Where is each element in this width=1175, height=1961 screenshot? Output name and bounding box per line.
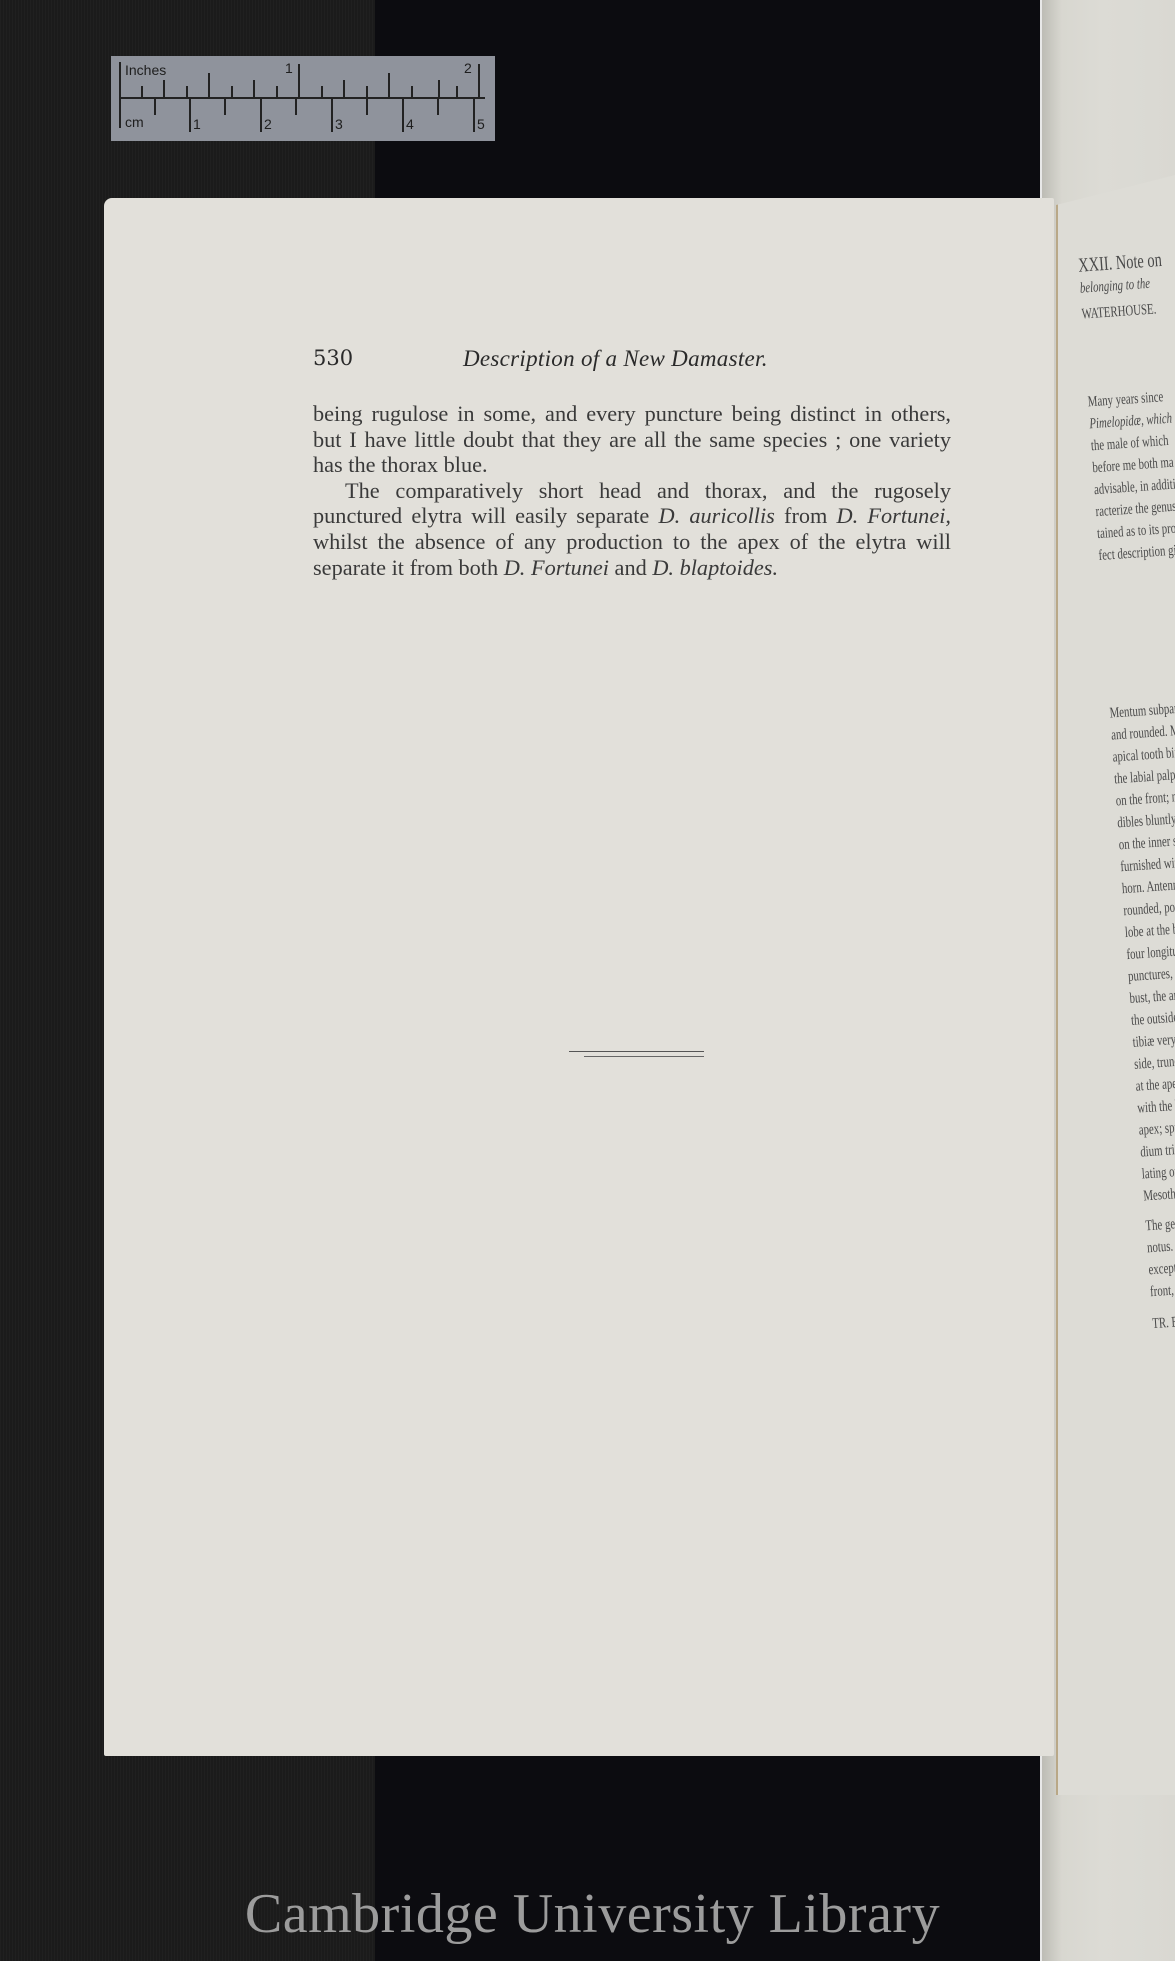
scale-cm-mark: 3 (335, 116, 343, 132)
opposite-page-line: the outside, the sp (1131, 1008, 1175, 1030)
scale-cm-mark: 5 (477, 116, 485, 132)
opposite-page-line: on the front; maxil (1115, 788, 1175, 811)
scale-baseline (119, 97, 485, 99)
rule-line (569, 1051, 704, 1052)
species-name: D. auricollis (659, 503, 775, 528)
opposite-page-line: and rounded. Max (1111, 722, 1175, 744)
species-name: D. blaptoides. (652, 555, 778, 580)
scale-tick (402, 98, 404, 132)
opposite-page-line: front, the labium (1150, 1279, 1175, 1301)
paragraph: being rugulose in some, and every punctu… (313, 401, 951, 478)
opposite-page-line: before me both ma (1092, 455, 1174, 478)
opposite-page-line: XXII. Note on (1078, 249, 1163, 278)
scale-tick (343, 80, 345, 98)
scale-inch-mark: 2 (464, 60, 472, 76)
opposite-page-line: dium triangularly (1140, 1139, 1175, 1161)
scale-tick (388, 73, 390, 98)
scale-tick (438, 80, 440, 98)
opposite-page-line: dibles bluntly biden (1117, 809, 1175, 832)
library-watermark: Cambridge University Library (0, 1882, 1175, 1946)
scale-tick (276, 86, 278, 98)
text-run: from (775, 503, 837, 528)
opposite-page-line: lobe at the base. (1124, 920, 1175, 942)
scale-tick (437, 98, 439, 115)
scale-bar: Inches 1 2 cm 1 2 3 4 5 (111, 56, 495, 141)
opposite-page-line: notus. The parts (1146, 1236, 1175, 1258)
species-name: D. Fortunei (504, 555, 609, 580)
opposite-page-line: apex; spurs to the p (1138, 1117, 1175, 1140)
running-title: Description of a New Damaster. (463, 346, 768, 372)
scale-tick (411, 86, 413, 98)
opposite-page-line: four longitudinal (1126, 942, 1175, 964)
opposite-page-line: fect description giv (1098, 542, 1175, 565)
opposite-page-line: Many years since (1087, 389, 1164, 411)
scale-inch-mark: 1 (285, 60, 293, 76)
section-end-rule (569, 1051, 704, 1057)
opposite-page-line: on the inner side, (1118, 832, 1175, 854)
opposite-page-line: WATERHOUSE. (1081, 301, 1157, 323)
scale-cm-mark: 1 (193, 116, 201, 132)
paragraph: The comparatively short head and thorax,… (313, 478, 951, 580)
opposite-page-line: racterize the genus (1095, 499, 1175, 522)
body-text: being rugulose in some, and every punctu… (313, 401, 951, 580)
scale-tick (473, 98, 475, 132)
scale-tick (231, 86, 233, 98)
scale-tick (456, 86, 458, 98)
page-number: 530 (313, 346, 353, 370)
scale-tick (141, 86, 143, 98)
opposite-page-line: side, truncate, ve (1134, 1052, 1175, 1074)
opposite-page-line: lating organs situat (1141, 1161, 1175, 1184)
opposite-page-line: the male of which (1090, 433, 1169, 455)
scale-cm-mark: 4 (406, 116, 414, 132)
scale-tick (189, 98, 191, 132)
opposite-page-line: except the mentum (1148, 1257, 1175, 1280)
opposite-page-line: Pimelopidæ, which (1089, 411, 1173, 434)
opposite-page-line: furnished with an (1120, 854, 1175, 876)
scale-tick (119, 62, 121, 128)
opposite-page-fragment: XXII. Note onbelonging to theWATERHOUSE.… (1056, 175, 1175, 1795)
opposite-page-line: apical tooth bifid, (1112, 744, 1175, 766)
opposite-page-line: at the apex; ant (1135, 1074, 1175, 1096)
scale-tick (224, 98, 226, 115)
scale-tick (366, 98, 368, 115)
scale-tick (154, 98, 156, 115)
species-name: D. Fortunei, (837, 503, 951, 528)
opposite-page-line: the labial palpi ver (1114, 766, 1175, 789)
scale-cm-mark: 2 (264, 116, 272, 132)
opposite-page-line: belonging to the (1079, 276, 1150, 298)
scale-tick (321, 86, 323, 98)
scale-tick (366, 86, 368, 98)
opposite-page-line: Mentum subpara (1109, 701, 1175, 723)
text-run: and (609, 555, 652, 580)
opposite-page-line: with the basal joint (1137, 1095, 1175, 1118)
opposite-page-line: rounded, posterior (1123, 898, 1175, 920)
opposite-page-line: The genus Dip (1145, 1214, 1175, 1235)
opposite-page-line: punctures, sometin (1128, 963, 1175, 986)
opposite-page-line: Mesothoracic epim (1143, 1183, 1175, 1206)
book-page: 530 Description of a New Damaster. being… (104, 198, 1054, 1756)
scale-tick (260, 98, 262, 132)
scale-tick (253, 80, 255, 98)
rule-line (584, 1056, 704, 1057)
scale-cm-label: cm (125, 114, 144, 130)
scale-tick (208, 73, 210, 98)
scale-tick (478, 64, 480, 98)
scale-tick (163, 80, 165, 98)
opposite-page-line: advisable, in additi (1093, 477, 1175, 500)
scale-tick (295, 98, 297, 115)
opposite-page-line: TR. ENT. SOC. TH (1152, 1310, 1175, 1333)
opposite-page-line: tibiæ very short, (1132, 1030, 1175, 1052)
scale-tick (186, 86, 188, 98)
page-header: 530 Description of a New Damaster. (313, 346, 953, 376)
opposite-page-line: bust, the anterior (1129, 986, 1175, 1008)
scale-inches-label: Inches (125, 62, 166, 78)
scale-tick (331, 98, 333, 132)
opposite-page-line: tained as to its prop (1097, 520, 1175, 543)
opposite-page-line: horn. Antennæ (1121, 877, 1175, 898)
text-run: being rugulose in some, and every punctu… (313, 401, 951, 477)
scale-tick (298, 64, 300, 98)
